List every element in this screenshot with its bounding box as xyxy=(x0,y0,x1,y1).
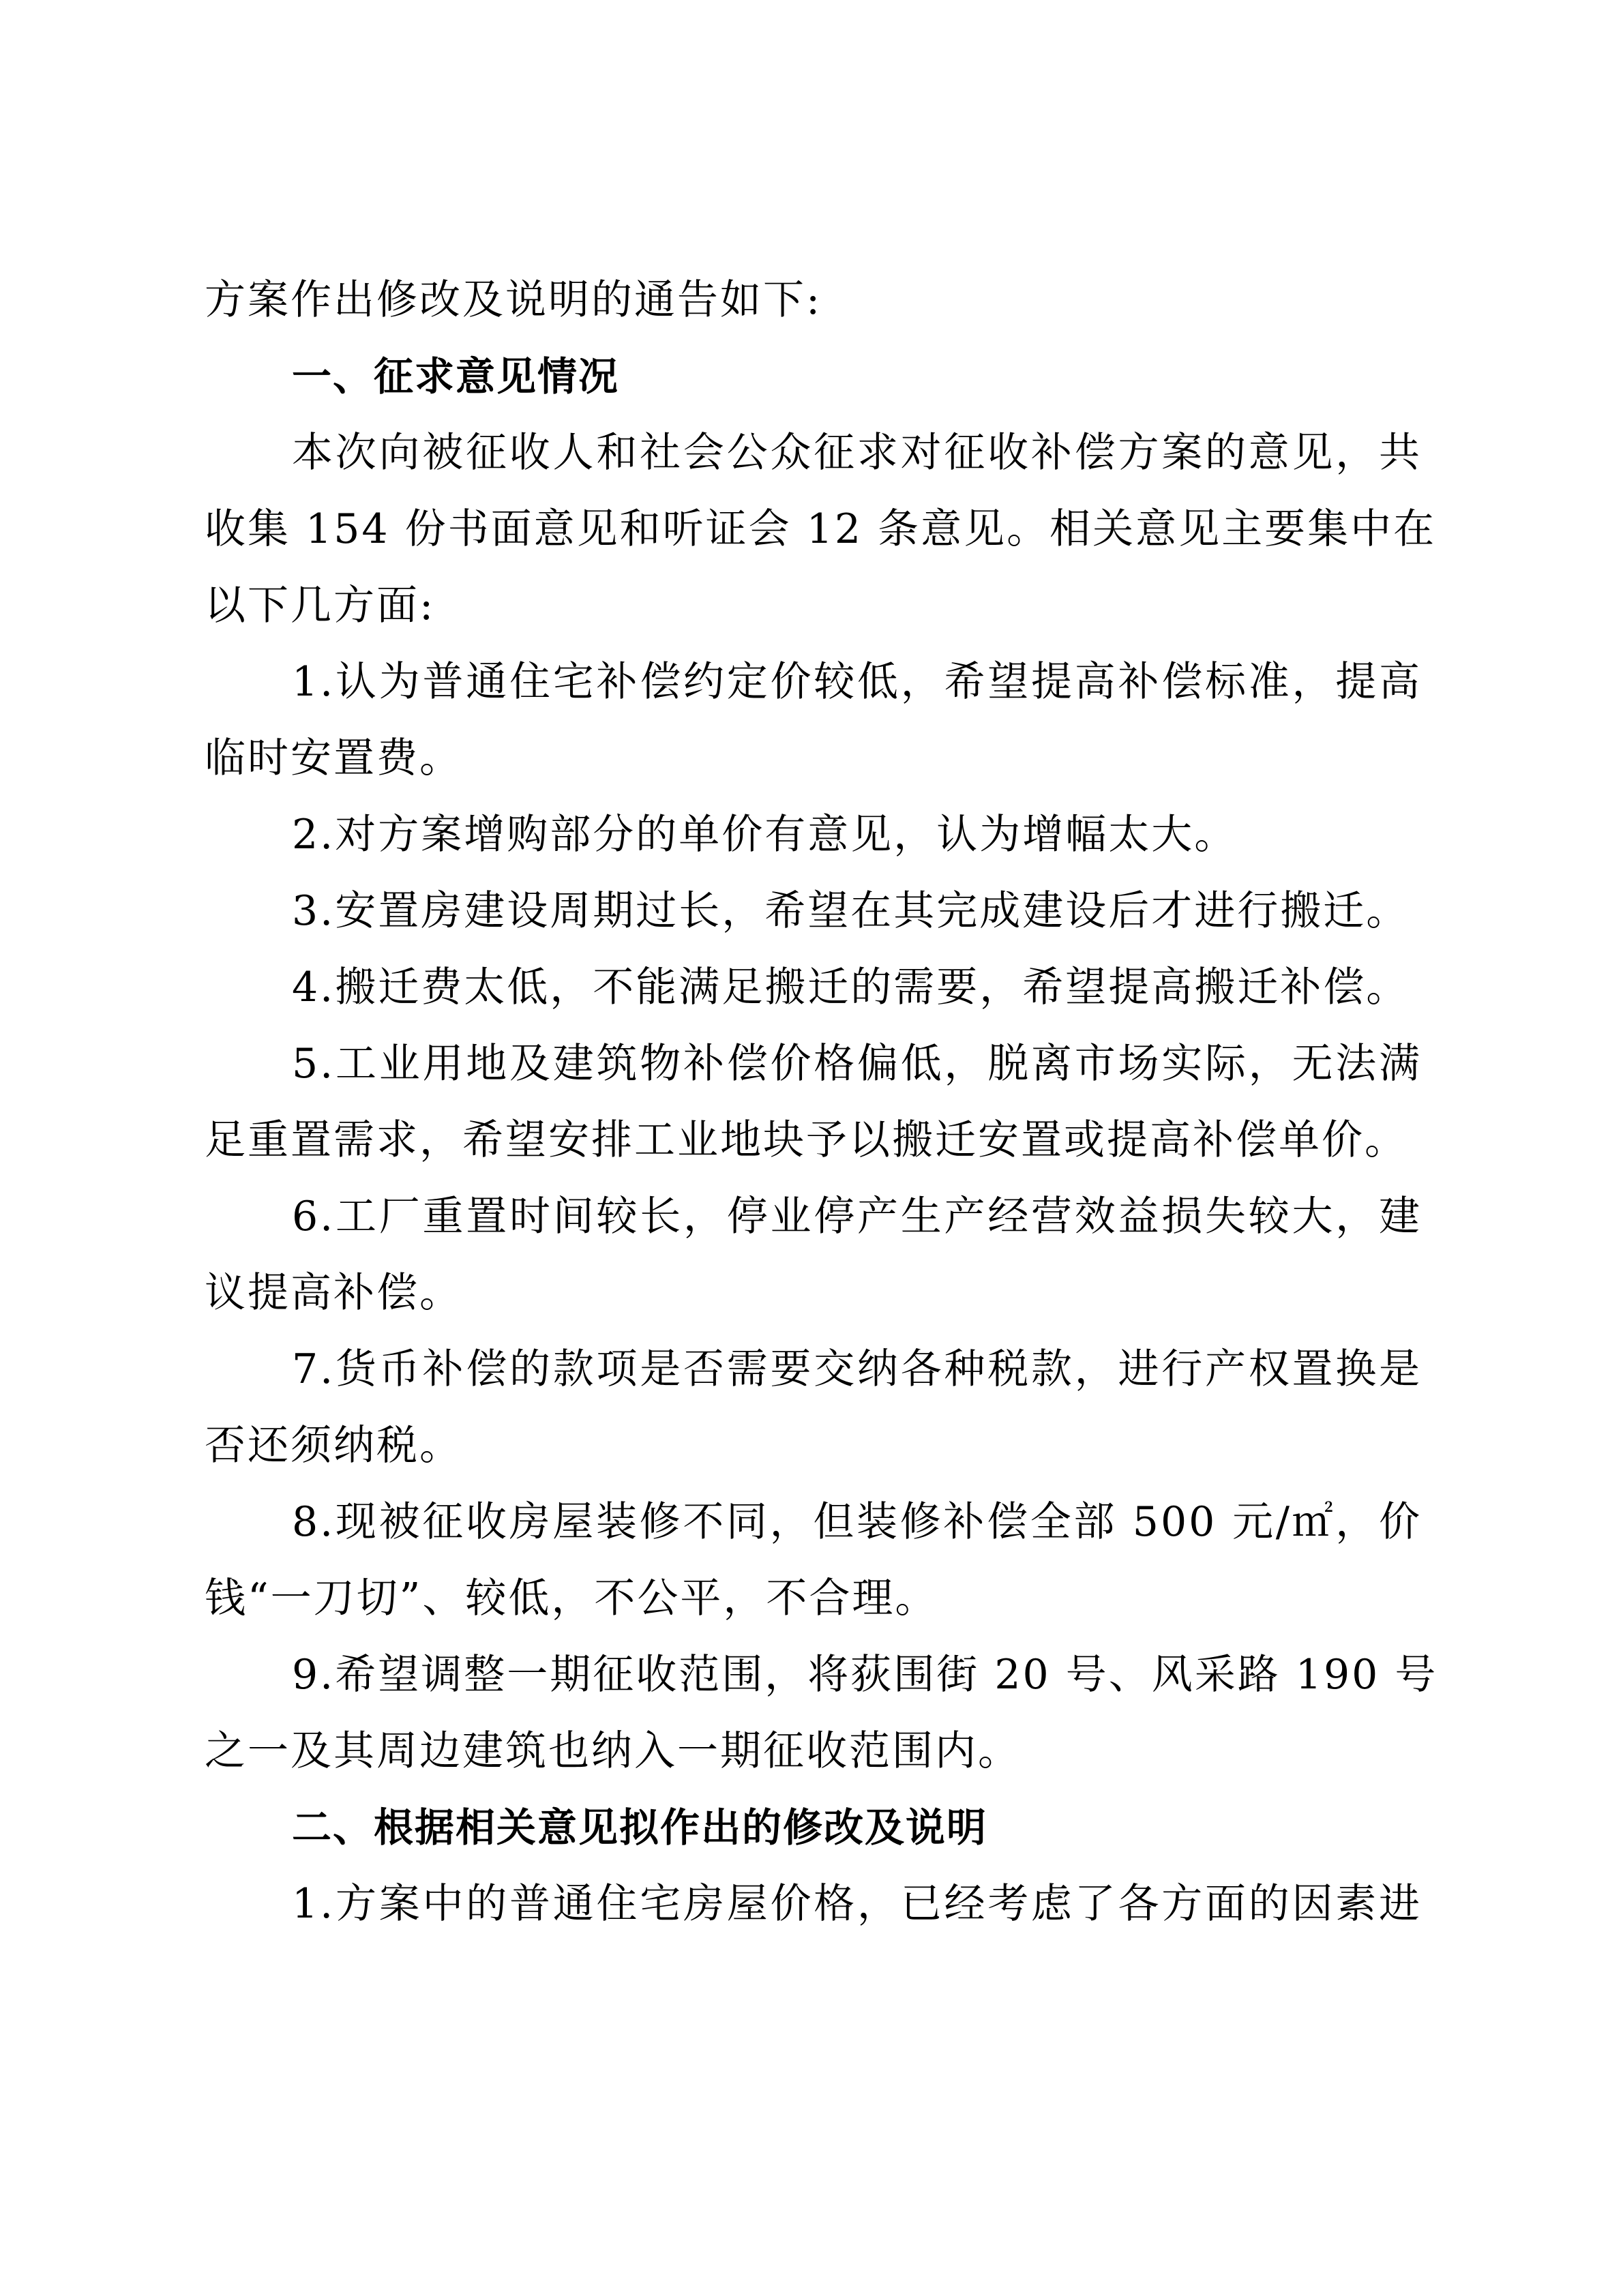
opinion-item-6-cont: 议提高补偿。 xyxy=(205,1266,1422,1320)
document-page: 方案作出修改及说明的通告如下: 一、征求意见情况 本次向被征收人和社会公众征求对… xyxy=(0,0,1623,2296)
summary-paragraph-line: 收集 154 份书面意见和听证会 12 条意见。相关意见主要集中在 xyxy=(205,502,1422,556)
intro-line: 方案作出修改及说明的通告如下: xyxy=(205,273,1422,327)
opinion-item-3: 3.安置房建设周期过长，希望在其完成建设后才进行搬迁。 xyxy=(292,884,1422,938)
opinion-item-9: 9.希望调整一期征收范围，将荻围街 20 号、风采路 190 号 xyxy=(292,1648,1422,1702)
summary-paragraph-line: 本次向被征收人和社会公众征求对征收补偿方案的意见，共 xyxy=(292,426,1422,480)
opinion-item-5: 5.工业用地及建筑物补偿价格偏低，脱离市场实际，无法满 xyxy=(292,1037,1422,1091)
opinion-item-8-cont: 钱“一刀切”、较低，不公平，不合理。 xyxy=(205,1571,1422,1626)
response-item-1: 1.方案中的普通住宅房屋价格，已经考虑了各方面的因素进 xyxy=(292,1877,1422,1931)
opinion-item-4: 4.搬迁费太低，不能满足搬迁的需要，希望提高搬迁补偿。 xyxy=(292,960,1422,1015)
opinion-item-1: 1.认为普通住宅补偿约定价较低，希望提高补偿标准，提高 xyxy=(292,655,1422,709)
section-heading-2: 二、根据相关意见拟作出的修改及说明 xyxy=(292,1800,1422,1855)
opinion-item-2: 2.对方案增购部分的单价有意见，认为增幅太大。 xyxy=(292,807,1422,862)
opinion-item-7: 7.货币补偿的款项是否需要交纳各种税款，进行产权置换是 xyxy=(292,1342,1422,1397)
opinion-item-9-cont: 之一及其周边建筑也纳入一期征收范围内。 xyxy=(205,1724,1422,1778)
opinion-item-8: 8.现被征收房屋装修不同，但装修补偿全部 500 元/㎡，价 xyxy=(292,1495,1422,1549)
opinion-item-7-cont: 否还须纳税。 xyxy=(205,1418,1422,1473)
summary-paragraph-line: 以下几方面: xyxy=(205,578,1422,633)
opinion-item-6: 6.工厂重置时间较长，停业停产生产经营效益损失较大，建 xyxy=(292,1189,1422,1244)
opinion-item-1-cont: 临时安置费。 xyxy=(205,731,1422,786)
section-heading-1: 一、征求意见情况 xyxy=(292,349,1422,404)
opinion-item-5-cont: 足重置需求，希望安排工业地块予以搬迁安置或提高补偿单价。 xyxy=(205,1113,1422,1167)
